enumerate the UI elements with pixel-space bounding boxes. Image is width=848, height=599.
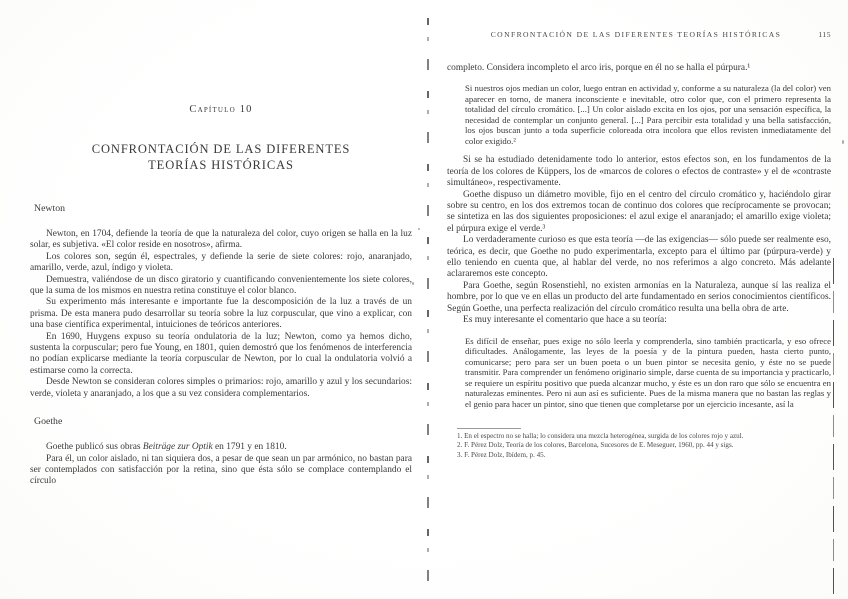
chapter-title: CONFRONTACIÓN DE LAS DIFERENTESTEORÍAS H… xyxy=(30,141,412,173)
page-edge-line xyxy=(833,258,834,599)
book-gutter-line xyxy=(427,18,429,596)
goethe-paragraph: Para él, un color aislado, ni tan siquie… xyxy=(30,454,412,488)
goethe-quote-1: Si nuestros ojos median un color, luego … xyxy=(465,83,831,146)
goethe-quote-2: Es difícil de enseñar, pues exige no sól… xyxy=(465,336,831,410)
newton-paragraph: Su experimento más interesante e importa… xyxy=(30,297,412,331)
rosenstiehl-paragraph: Para Goethe, según Rosenstiehl, no exist… xyxy=(447,281,831,315)
footnote: 2. F. Pérez Dolz, Teoría de los colores,… xyxy=(457,441,831,450)
footnote-rule xyxy=(457,428,521,429)
footnotes-block: 1. En el espectro no se halla; lo consid… xyxy=(447,423,831,460)
goethe-p1-suffix: en 1791 y en 1810. xyxy=(213,442,287,452)
comentario-paragraph: Es muy interesante el comentario que hac… xyxy=(447,315,831,326)
footnote: 1. En el espectro no se halla; lo consid… xyxy=(457,432,831,441)
scanned-book-spread: { "left_page": { "chapter_label": "Capít… xyxy=(0,0,848,599)
running-header-title: CONFRONTACIÓN DE LAS DIFERENTES TEORÍAS … xyxy=(491,30,782,39)
scan-speck xyxy=(418,228,420,230)
left-page: Capítulo 10 CONFRONTACIÓN DE LAS DIFEREN… xyxy=(30,104,412,488)
curioso-paragraph: Lo verdaderamente curioso es que esta te… xyxy=(447,235,831,281)
page-number: 115 xyxy=(818,30,831,39)
chapter-title-line1: CONFRONTACIÓN DE LAS DIFERENTES xyxy=(92,142,351,156)
section-heading-newton: Newton xyxy=(34,203,412,214)
diametro-paragraph: Goethe dispuso un diámetro movible, fijo… xyxy=(447,190,831,236)
kuppers-paragraph: Si se ha estudiado detenidamente todo lo… xyxy=(447,155,831,189)
continuation-paragraph: completo. Considera incompleto el arco i… xyxy=(447,63,831,74)
section-heading-goethe: Goethe xyxy=(34,416,412,427)
chapter-label: Capítulo 10 xyxy=(30,104,412,115)
newton-paragraph: Los colores son, según él, espectrales, … xyxy=(30,252,412,275)
goethe-work-title: Beiträge zur Optik xyxy=(143,442,213,452)
scan-speck xyxy=(842,140,844,144)
newton-paragraph: Newton, en 1704, defiende la teoría de q… xyxy=(30,229,412,252)
chapter-title-line2: TEORÍAS HISTÓRICAS xyxy=(148,158,294,172)
newton-paragraph: Desde Newton se consideran colores simpl… xyxy=(30,377,412,400)
footnote: 3. F. Pérez Dolz, Ibídem, p. 45. xyxy=(457,451,831,460)
newton-paragraph: Demuestra, valiéndose de un disco girato… xyxy=(30,275,412,298)
newton-paragraph: En 1690, Huygens expuso su teoría ondula… xyxy=(30,332,412,378)
running-header: CONFRONTACIÓN DE LAS DIFERENTES TEORÍAS … xyxy=(447,30,825,39)
goethe-p1-prefix: Goethe publicó sus obras xyxy=(46,442,143,452)
right-page: CONFRONTACIÓN DE LAS DIFERENTES TEORÍAS … xyxy=(447,30,831,460)
goethe-paragraph: Goethe publicó sus obras Beiträge zur Op… xyxy=(30,442,412,453)
scan-speck xyxy=(412,282,414,285)
